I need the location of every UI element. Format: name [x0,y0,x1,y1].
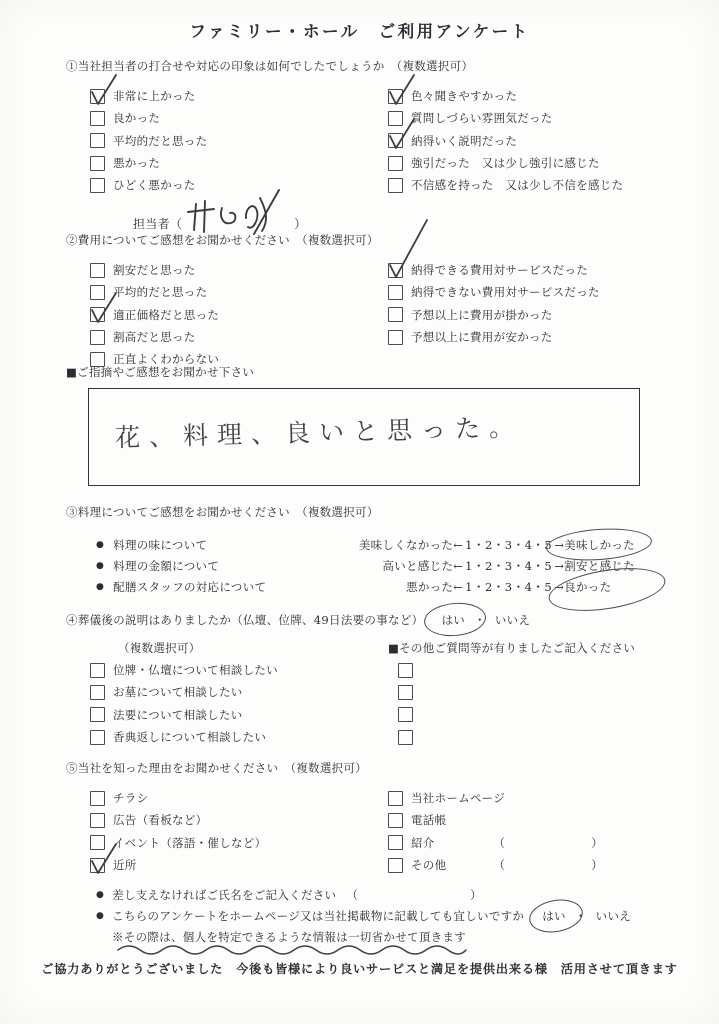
q4-yesno: はい ・ いいえ [441,612,530,628]
q3-scale-rows: ●料理の味について美味しくなかった←1・2・3・4・5→美味しかった●料理の金額… [66,534,703,597]
option-label: ひどく悪かった [113,177,196,193]
checkbox[interactable] [90,791,105,806]
option-label: 納得いく説明だった [411,133,517,149]
checkbox-row: チラシ [90,787,360,809]
q1-left-options: 非常に上かった良かった平均的だと思った悪かったひどく悪かった [90,85,360,196]
q4-options: 位牌・仏壇について相談したいお墓について相談したい法要について相談したい香典返し… [90,659,362,748]
checkbox-row: その他（） [388,854,603,876]
bottom-yesno: はい ・ いいえ [542,908,631,924]
check-mark [387,117,417,151]
checkbox-row: 納得いく説明だった [388,130,603,152]
q3-heading: ③料理についてご感想をお聞かせください （複数選択可） [66,504,703,520]
option-label: 予想以上に費用が掛かった [411,307,553,323]
checkbox-row: 強引だった 又は少し強引に感じた [388,152,603,174]
option-label: 香典返しについて相談したい [113,729,266,745]
checkbox-row: 質問しづらい雰囲気だった [388,107,603,129]
option-label: 平均的だと思った [113,133,207,149]
option-label: 予想以上に費用が安かった [411,329,553,345]
option-label: 広告（看板など） [113,812,207,828]
checkbox[interactable] [388,858,403,873]
checkbox[interactable] [90,263,105,278]
checkbox-row: 納得できる費用対サービスだった [388,259,603,281]
check-mark [387,73,417,107]
checkbox-row: 納得できない費用対サービスだった [388,281,603,303]
q4-sub-heading: （複数選択可） [90,637,362,659]
section-bottom: ● 差し支えなければご氏名をご記入ください （ ） ● こちらのアンケートをホー… [96,884,709,947]
rating-low-label: 悪かった← [331,579,463,595]
option-label: チラシ [113,790,148,806]
checkbox[interactable] [388,89,403,104]
rating-scale[interactable]: 1・2・3・4・5 [465,579,552,595]
q5-heading: ⑤当社を知った理由をお聞かせください （複数選択可） [66,760,703,776]
option-label: 色々聞きやすかった [411,88,517,104]
option-label: その他 [411,857,446,873]
rating-row: ●料理の味について美味しくなかった←1・2・3・4・5→美味しかった [66,534,703,555]
checkbox[interactable] [90,707,105,722]
write-in-field[interactable]: （） [493,835,603,851]
checkbox-row: 電話帳 [388,809,603,831]
q4-right-column: ■その他ご質問等が有りましたご記入ください [388,637,635,748]
checkbox-row: 平均的だと思った [90,130,360,152]
checkbox-row: 法要について相談したい [90,704,362,726]
checkbox-row: 香典返しについて相談したい [90,726,362,748]
q2-right-options: 納得できる費用対サービスだった納得できない費用対サービスだった予想以上に費用が掛… [388,259,603,370]
check-mark [387,218,431,280]
checkbox-row [398,659,635,681]
checkbox[interactable] [388,813,403,828]
q1-heading: ①当社担当者の打合せや対応の印象は如何でしたでしょうか （複数選択可） [66,58,703,74]
option-label: 非常に上かった [113,88,196,104]
checkbox-row: 予想以上に費用が安かった [388,326,603,348]
privacy-note: ※その際は、個人を特定できるような情報は一切省かせて頂きます [112,926,709,947]
option-label: 納得できる費用対サービスだった [411,262,588,278]
option-label: イベント（落語・催しなど） [113,835,266,851]
handwritten-comment: 花、料理、良いと思った。 [115,408,524,455]
q5-right-options: 当社ホームページ電話帳紹介（）その他（） [388,787,603,876]
check-mark [89,73,119,107]
checkbox-row: 平均的だと思った [90,281,360,303]
q4-other-heading: ■その他ご質問等が有りましたご記入ください [388,637,635,659]
bottom-no-option[interactable]: いいえ [596,908,631,924]
checkbox[interactable] [388,133,403,148]
checkbox[interactable] [90,730,105,745]
checkbox-row [398,681,635,703]
checkbox-row: 割高だと思った [90,326,360,348]
bullet-icon: ● [96,561,104,571]
write-in-field[interactable]: （） [493,857,603,873]
section-q4: ④葬儀後の説明はありましたか（仏壇、位牌、49日法要の事など） はい ・ いいえ… [66,612,703,748]
checkbox[interactable] [388,307,403,322]
bullet-icon: ● [96,911,104,921]
paren-close: ） [470,887,482,903]
rating-row: ●配膳スタッフの対応について悪かった←1・2・3・4・5→良かった [66,576,703,597]
wavy-underline [116,943,468,955]
section-q5: ⑤当社を知った理由をお聞かせください （複数選択可） チラシ広告（看板など）イベ… [66,760,703,876]
q4-yes-option[interactable]: はい [441,613,465,627]
checkbox[interactable] [90,307,105,322]
checkbox[interactable] [388,285,403,300]
option-label: 適正価格だと思った [113,307,219,323]
q4-heading: ④葬儀後の説明はありましたか（仏壇、位牌、49日法要の事など） [66,612,423,628]
bullet-icon: ● [96,582,104,592]
checkbox-row: 近所 [90,854,360,876]
checkbox[interactable] [398,730,413,745]
checkbox[interactable] [90,858,105,873]
checkbox[interactable] [388,791,403,806]
rating-item-label: 配膳スタッフの対応について [113,579,331,595]
survey-form-page: ファミリー・ホール ご利用アンケート ①当社担当者の打合せや対応の印象は如何でし… [0,0,719,1024]
q2-heading: ②費用についてご感想をお聞かせください （複数選択可） [66,232,703,248]
bottom-yesno-separator: ・ [575,908,587,924]
q2-left-options: 割安だと思った平均的だと思った適正価格だと思った割高だと思った正直よくわからない [90,259,360,370]
q4-other-boxes [388,659,635,748]
q4-yesno-separator: ・ [474,612,486,628]
section-q2: ②費用についてご感想をお聞かせください （複数選択可） 割安だと思った平均的だと… [66,232,703,370]
checkbox[interactable] [388,263,403,278]
option-label: 不信感を持った 又は少し不信を感じた [411,177,623,193]
bottom-yes-option[interactable]: はい [542,909,566,923]
rating-scale[interactable]: 1・2・3・4・5 [465,558,552,574]
rating-row: ●料理の金額について高いと感じた←1・2・3・4・5→割安と感じた [66,555,703,576]
name-request-label: 差し支えなければご氏名をご記入ください [112,887,336,903]
option-label: 割安だと思った [113,262,196,278]
section-comment: ■ご指摘やご感想をお聞かせ下さい 花、料理、良いと思った。 [66,364,703,486]
check-mark [89,291,119,325]
publish-permission-label: こちらのアンケートをホームページ又は当社掲載物に記載しても宜しいですか [112,908,524,924]
option-label: 納得できない費用対サービスだった [411,284,600,300]
comment-heading: ■ご指摘やご感想をお聞かせ下さい [66,364,703,380]
checkbox[interactable] [90,111,105,126]
checkbox[interactable] [90,178,105,193]
q4-no-option[interactable]: いいえ [495,612,530,628]
option-label: 法要について相談したい [113,707,243,723]
bullet-icon: ● [96,540,104,550]
checkbox[interactable] [388,330,403,345]
checkbox-row: お墓について相談したい [90,681,362,703]
checkbox-row: イベント（落語・催しなど） [90,832,360,854]
option-label: 良かった [113,110,160,126]
page-title: ファミリー・ホール ご利用アンケート [0,18,719,42]
q4-left-column: （複数選択可） 位牌・仏壇について相談したいお墓について相談したい法要について相… [90,637,362,748]
option-label: 割高だと思った [113,329,196,345]
checkbox[interactable] [398,707,413,722]
bullet-icon: ● [96,890,104,900]
paren-open: （ [346,887,358,903]
rating-high-label: →割安と感じた [554,558,635,574]
checkbox-row: 非常に上かった [90,85,360,107]
checkbox[interactable] [90,330,105,345]
checkbox[interactable] [90,156,105,171]
checkbox[interactable] [90,813,105,828]
rating-item-label: 料理の金額について [113,558,331,574]
option-label: 当社ホームページ [411,790,505,806]
q1-right-options: 色々聞きやすかった質問しづらい雰囲気だった納得いく説明だった強引だった 又は少し… [388,85,603,196]
option-label: 位牌・仏壇について相談したい [113,662,278,678]
checkbox-row: 当社ホームページ [388,787,603,809]
checkbox-row: 紹介（） [388,832,603,854]
rating-scale[interactable]: 1・2・3・4・5 [465,537,552,553]
checkbox-row: 適正価格だと思った [90,304,360,326]
option-label: 質問しづらい雰囲気だった [411,110,553,126]
rating-item-label: 料理の味について [113,537,331,553]
checkbox-row: 色々聞きやすかった [388,85,603,107]
checkbox[interactable] [398,685,413,700]
footer-thanks: ご協力ありがとうございました 今後も皆様により良いサービスと満足を提供出来る様 … [0,960,719,977]
checkbox[interactable] [388,835,403,850]
checkbox-row: 悪かった [90,152,360,174]
q5-left-options: チラシ広告（看板など）イベント（落語・催しなど）近所 [90,787,360,876]
section-q3: ③料理についてご感想をお聞かせください （複数選択可） ●料理の味について美味し… [66,504,703,597]
option-label: 悪かった [113,155,160,171]
checkbox-row [398,726,635,748]
option-label: 電話帳 [411,812,446,828]
checkbox-row: 広告（看板など） [90,809,360,831]
comment-box[interactable]: 花、料理、良いと思った。 [88,388,640,486]
option-label: 強引だった 又は少し強引に感じた [411,155,600,171]
checkbox[interactable] [90,133,105,148]
checkbox-row: 予想以上に費用が掛かった [388,304,603,326]
checkbox-row: 割安だと思った [90,259,360,281]
option-label: 紹介 [411,835,435,851]
checkbox[interactable] [90,89,105,104]
option-label: 平均的だと思った [113,284,207,300]
rating-high-label: →良かった [554,579,611,595]
checkbox-row: 良かった [90,107,360,129]
rating-low-label: 高いと感じた← [331,558,463,574]
checkbox[interactable] [90,663,105,678]
checkbox-row [398,704,635,726]
checkbox[interactable] [398,663,413,678]
checkbox[interactable] [388,156,403,171]
rating-low-label: 美味しくなかった← [331,537,463,553]
checkbox[interactable] [90,685,105,700]
checkbox-row: 位牌・仏壇について相談したい [90,659,362,681]
rating-high-label: →美味しかった [554,537,635,553]
check-mark [89,842,119,876]
checkbox-row: 不信感を持った 又は少し不信を感じた [388,174,603,196]
option-label: お墓について相談したい [113,684,243,700]
checkbox[interactable] [388,178,403,193]
staff-name-handwriting[interactable] [184,188,292,238]
section-q1: ①当社担当者の打合せや対応の印象は如何でしたでしょうか （複数選択可） 非常に上… [66,58,703,196]
